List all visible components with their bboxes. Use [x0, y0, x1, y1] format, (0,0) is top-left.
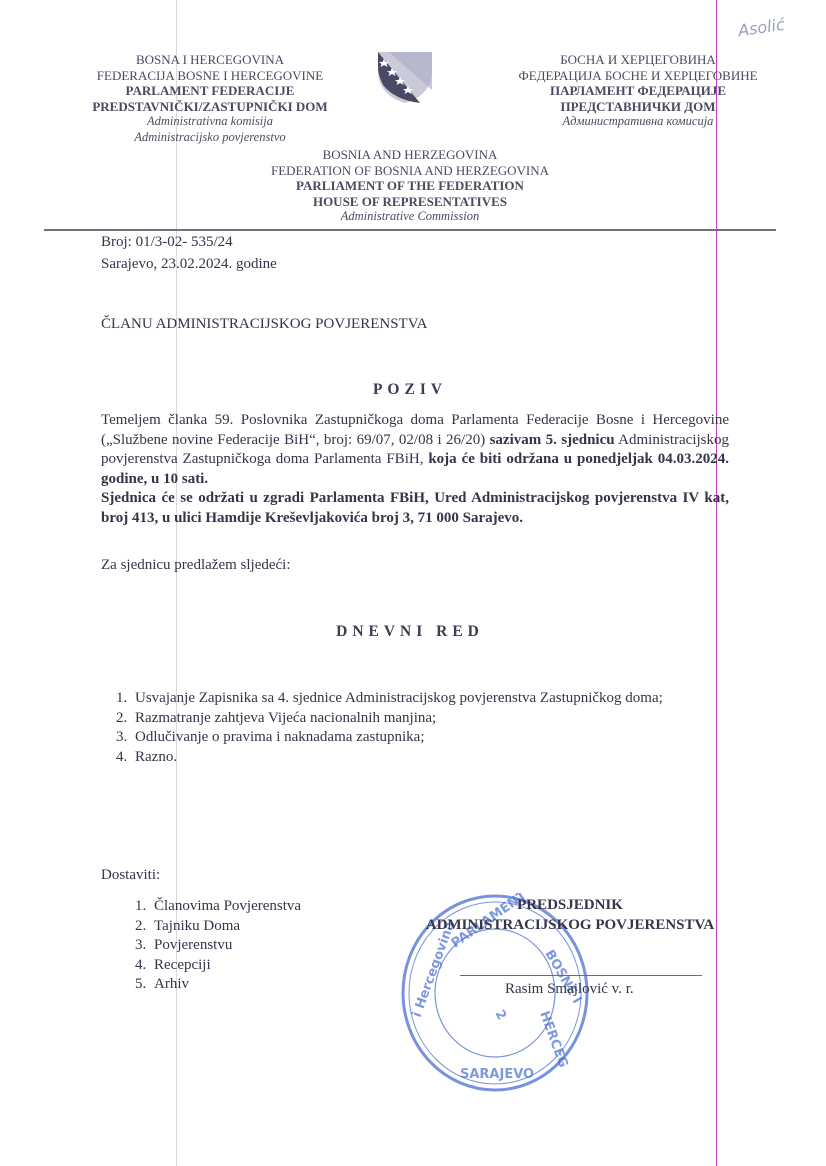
- header-line: BOSNA I HERCEGOVINA: [60, 52, 360, 68]
- header-line: BOSNIA AND HERZEGOVINA: [240, 147, 580, 163]
- header-line: PARLIAMENT OF THE FEDERATION: [240, 178, 580, 194]
- invitation-paragraph: Temeljem članka 59. Poslovnika Zastupnič…: [101, 411, 729, 528]
- deliver-item: Recepciji: [150, 956, 380, 976]
- svg-text:SARAJEVO: SARAJEVO: [460, 1067, 534, 1082]
- signature-title: ADMINISTRACIJSKOG POVJERENSTVA: [405, 916, 735, 936]
- reference-number: Broj: 01/3-02- 535/24: [101, 233, 277, 253]
- deliver-item: Tajniku Doma: [150, 917, 380, 937]
- header-line: ФЕДЕРАЦИЈА БОСНЕ И ХЕРЦЕГОВИНЕ: [488, 68, 788, 84]
- agenda-item: Razmatranje zahtjeva Vijeća nacionalnih …: [131, 709, 741, 729]
- header-line: Administrativna komisija: [60, 114, 360, 130]
- header-center-english: BOSNIA AND HERZEGOVINA FEDERATION OF BOS…: [240, 147, 580, 225]
- header-line: Administracijsko povjerenstvo: [60, 130, 360, 146]
- header-line: Administrative Commission: [240, 209, 580, 225]
- header-line: FEDERATION OF BOSNIA AND HERZEGOVINA: [240, 163, 580, 179]
- coat-of-arms-icon: [375, 50, 435, 105]
- header-divider: [44, 229, 776, 231]
- text-span-bold: sazivam 5. sjednicu: [490, 432, 615, 448]
- agenda-title: DNEVNI RED: [300, 623, 520, 641]
- header-line: FEDERACIJA BOSNE I HERCEGOVINE: [60, 68, 360, 84]
- header-line: БОСНА И ХЕРЦЕГОВИНА: [488, 52, 788, 68]
- signatory-name: Rasim Smajlović v. r.: [505, 980, 634, 1000]
- signature-line: [460, 975, 702, 976]
- recipient: ČLANU ADMINISTRACIJSKOG POVJERENSTVA: [101, 315, 427, 335]
- document-meta: Broj: 01/3-02- 535/24 Sarajevo, 23.02.20…: [101, 233, 277, 274]
- deliver-list: Članovima Povjerenstva Tajniku Doma Povj…: [120, 897, 380, 995]
- deliver-item: Arhiv: [150, 975, 380, 995]
- header-left-latin: BOSNA I HERCEGOVINA FEDERACIJA BOSNE I H…: [60, 52, 360, 145]
- svg-text:HERCEG: HERCEG: [536, 1009, 570, 1069]
- header-line: Административна комисија: [488, 114, 788, 130]
- agenda-item: Razno.: [131, 748, 741, 768]
- header-line: ПРЕДСТАВНИЧКИ ДОМ: [488, 99, 788, 115]
- deliver-item: Povjerenstvu: [150, 936, 380, 956]
- place-date: Sarajevo, 23.02.2024. godine: [101, 255, 277, 275]
- svg-text:2: 2: [492, 1008, 510, 1023]
- deliver-label: Dostaviti:: [101, 866, 160, 886]
- scan-artifact-line-magenta: [716, 0, 717, 1166]
- header-line: PARLAMENT FEDERACIJE: [60, 83, 360, 99]
- agenda-list: Usvajanje Zapisnika sa 4. sjednice Admin…: [101, 689, 741, 767]
- document-title: POZIV: [300, 381, 520, 399]
- header-line: PREDSTAVNIČKI/ZASTUPNIČKI DOM: [60, 99, 360, 115]
- signature-title: PREDSJEDNIK: [405, 896, 735, 916]
- handwritten-note: Asolić: [737, 15, 786, 40]
- agenda-item: Usvajanje Zapisnika sa 4. sjednice Admin…: [131, 689, 741, 709]
- header-line: ПАРЛАМЕНТ ФЕДЕРАЦИЈЕ: [488, 83, 788, 99]
- header-line: HOUSE OF REPRESENTATIVES: [240, 194, 580, 210]
- location-text: Sjednica će se održati u zgradi Parlamen…: [101, 490, 729, 526]
- deliver-item: Članovima Povjerenstva: [150, 897, 380, 917]
- agenda-item: Odlučivanje o pravima i naknadama zastup…: [131, 728, 741, 748]
- agenda-intro: Za sjednicu predlažem sljedeći:: [101, 556, 291, 576]
- header-right-cyrillic: БОСНА И ХЕРЦЕГОВИНА ФЕДЕРАЦИЈА БОСНЕ И Х…: [488, 52, 788, 130]
- signature-block: PREDSJEDNIK ADMINISTRACIJSKOG POVJERENST…: [405, 896, 735, 935]
